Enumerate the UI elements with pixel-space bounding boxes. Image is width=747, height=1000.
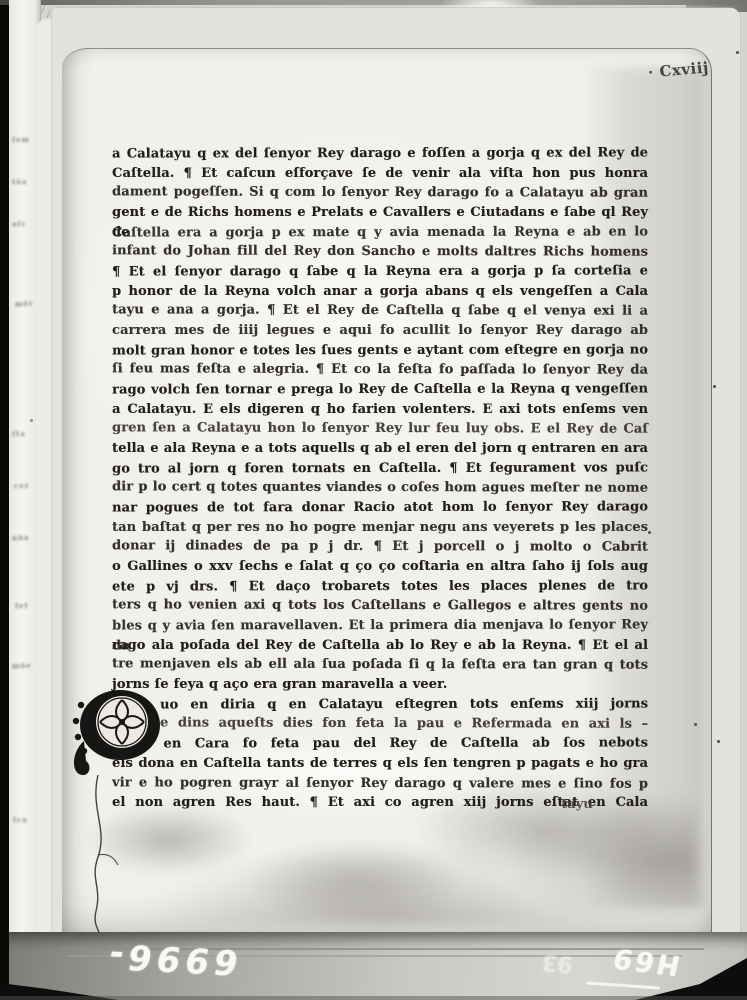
dust-speck bbox=[694, 723, 697, 726]
manuscript-text-block: a Calatayu q ex del ſenyor Rey darago e … bbox=[112, 144, 648, 813]
manuscript-line: dament pogeſſen. Si q com lo ſenyor Rey … bbox=[112, 183, 648, 204]
catchword: tayu bbox=[532, 797, 622, 812]
manuscript-line: uo en diria q en Calatayu eſtegren tots … bbox=[112, 694, 648, 715]
photo-left-edge bbox=[0, 0, 9, 1000]
chalk-ghost-digits: 93 bbox=[541, 949, 574, 977]
dust-speck bbox=[736, 51, 739, 54]
manuscript-line: rago ala poſada del Rey de Caſtella ab l… bbox=[112, 636, 648, 656]
manuscript-line: molt gran honor e totes les ſues gents e… bbox=[112, 340, 648, 361]
manuscript-line: donar ij dinades de pa p j dr. ¶ Et j po… bbox=[112, 537, 648, 558]
manuscript-line: Caſtella. ¶ Et caſcun eſforçave ſe de ve… bbox=[112, 164, 648, 184]
manuscript-line: ¶ Et el ſenyor darago q ſabe q la Reyna … bbox=[112, 261, 648, 282]
manuscript-line: o Gallines o xxv ſechs e ſalat q ço ço c… bbox=[112, 557, 648, 577]
manuscript-line: tre menjaven els ab ell ala ſua poſada ſ… bbox=[112, 655, 648, 676]
photo-top-edge bbox=[0, 0, 747, 5]
manuscript-line: gren ſen a Calatayu hon lo ſenyor Rey lu… bbox=[112, 419, 648, 440]
chalk-number-left: 6996- bbox=[84, 934, 242, 982]
manuscript-line: rago volch ſen tornar e prega lo Rey de … bbox=[112, 380, 648, 401]
manuscript-line: ¶ Et en Cara fo feta pau del Rey de Caſt… bbox=[112, 734, 648, 755]
manuscript-line: ete p vj drs. ¶ Et daço trobarets totes … bbox=[112, 576, 648, 597]
photograph-of-manuscript: ſemtōaaſcmērſtacernōaſetmōeſca · Cxviij … bbox=[0, 0, 747, 1000]
manuscript-line: carrera mes de iiij legues e aqui fo acu… bbox=[112, 321, 648, 341]
manuscript-line: nar pogues de tot fara donar Racio atot … bbox=[112, 498, 648, 519]
manuscript-line: go tro al jorn q foren tornats en Caſtel… bbox=[112, 458, 648, 479]
manuscript-line: vir e ho pogren grayr al ſenyor Rey dara… bbox=[112, 773, 648, 794]
manuscript-page: · Cxviij a Calatayu q ex del ſenyor Rey … bbox=[62, 48, 712, 945]
manuscript-line: e dins aqueſts dies fon feta la pau e Re… bbox=[112, 714, 648, 735]
dust-speck bbox=[30, 419, 33, 422]
manuscript-line: jorns ſe feya q aço era gran maravella a… bbox=[112, 675, 648, 695]
dust-speck bbox=[713, 385, 716, 388]
manuscript-line: gent e de Richs homens e Prelats e Caval… bbox=[112, 203, 648, 223]
manuscript-line: els dona en Caſtella tants de terres q e… bbox=[112, 754, 648, 774]
manuscript-line: Caſtella era a gorja p ex mate q y avia … bbox=[112, 222, 648, 243]
manuscript-line: tayu e ana a gorja. ¶ Et el Rey de Caſte… bbox=[112, 301, 648, 322]
manuscript-line: a Calatayu q ex del ſenyor Rey darago e … bbox=[112, 143, 648, 164]
manuscript-line: infant do Johan fill del Rey don Sancho … bbox=[112, 242, 648, 263]
manuscript-line: bles q y avia ſen maravellaven. Et la pr… bbox=[112, 616, 648, 637]
manuscript-line: dir p lo cert q totes quantes viandes o … bbox=[112, 478, 648, 499]
illuminated-initial-q bbox=[68, 679, 168, 969]
manuscript-line: tan baſtat q per res no ho pogre menjar … bbox=[112, 518, 648, 538]
manuscript-line: ters q ho venien axi q tots los Caſtella… bbox=[112, 596, 648, 617]
manuscript-line: p honor de la Reyna volch anar a gorja a… bbox=[112, 282, 648, 302]
dust-speck bbox=[648, 531, 651, 534]
manuscript-line: tella e ala Reyna e a tots aquells q ab … bbox=[112, 439, 648, 459]
manuscript-line: ſi feu mas feſta e alegria. ¶ Et co la f… bbox=[112, 360, 648, 381]
photo-bottom-edge bbox=[0, 996, 747, 1000]
dust-speck bbox=[717, 740, 720, 743]
manuscript-line: a Calatayu. E els digeren q ho farien vo… bbox=[112, 400, 648, 420]
